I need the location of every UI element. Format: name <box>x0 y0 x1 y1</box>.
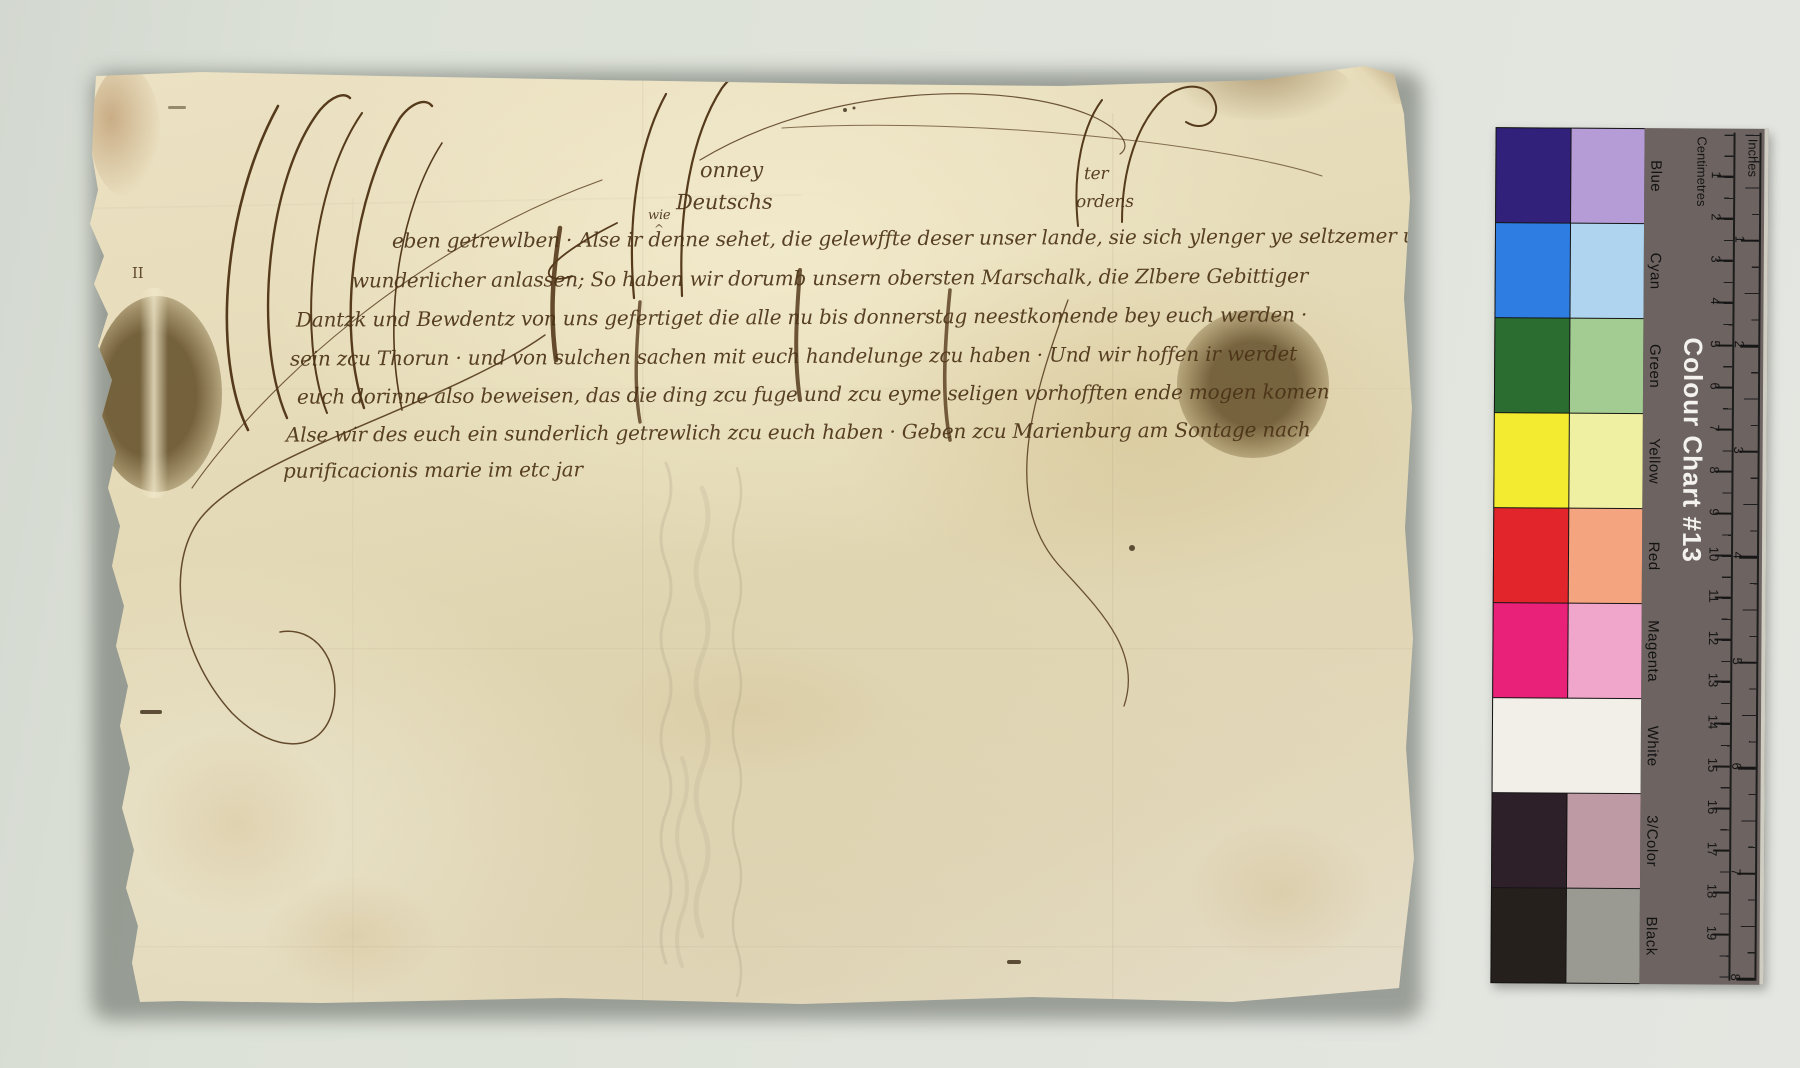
cm-number: 18 <box>1704 880 1719 902</box>
marginal-mark: II <box>132 264 144 282</box>
swatch-magenta-dark <box>1493 603 1567 697</box>
swatch-label: Cyan <box>1647 253 1664 290</box>
swatch-row-yellow <box>1494 413 1643 508</box>
swatch-black-light <box>1566 889 1640 983</box>
cm-number: 7 <box>1707 417 1722 439</box>
manuscript-line: wunderlicher anlassen; So haben wir doru… <box>352 263 1308 292</box>
swatch-label: Magenta <box>1644 620 1661 682</box>
verso-show-through <box>661 463 741 996</box>
colour-calibration-chart: BlueCyanGreenYellowRedMagentaWhite3/Colo… <box>1490 127 1768 985</box>
cm-number: 13 <box>1706 669 1721 691</box>
header-word: ordens <box>1076 192 1134 212</box>
swatch-green-light <box>1569 319 1643 413</box>
cm-number: 6 <box>1707 375 1722 397</box>
swatch-yellow-light <box>1569 414 1643 508</box>
swatch-label: Green <box>1646 344 1663 388</box>
inch-number: 3 <box>1731 439 1746 461</box>
swatch-green-dark <box>1495 318 1569 412</box>
swatch-row-black <box>1491 888 1640 983</box>
cm-number: 16 <box>1705 796 1720 818</box>
inch-number: 5 <box>1730 650 1745 672</box>
swatch-blue-dark <box>1496 128 1570 222</box>
chart-title: Colour Chart #13 <box>1675 240 1709 660</box>
swatch-row-white <box>1493 698 1642 793</box>
swatch-cyan-dark <box>1495 223 1569 317</box>
parchment-letter: II onney Deutschs ter ordens wie ^ eben … <box>82 58 1422 1008</box>
swatch-3color-light <box>1566 794 1640 888</box>
swatch-row-red <box>1494 508 1643 603</box>
inch-number: 4 <box>1730 544 1745 566</box>
manuscript-line: purificacionis marie im etc jar <box>283 457 583 483</box>
swatch-label: Red <box>1645 542 1662 571</box>
cm-number: 1 <box>1709 164 1724 186</box>
swatch-red-dark <box>1494 508 1568 602</box>
header-word: onney <box>700 158 763 182</box>
swatch-red-light <box>1568 509 1642 603</box>
swatch-label: Black <box>1643 916 1660 955</box>
cm-number: 8 <box>1707 459 1722 481</box>
swatch-grid <box>1490 127 1644 984</box>
inch-number: 1 <box>1732 228 1747 250</box>
swatch-row-magenta <box>1493 603 1642 698</box>
swatch-row-cyan <box>1495 223 1644 318</box>
swatch-row-blue <box>1496 128 1645 223</box>
cm-number: 11 <box>1706 585 1721 607</box>
inch-number: 2 <box>1732 333 1747 355</box>
swatch-blue-light <box>1571 129 1645 223</box>
swatch-cyan-light <box>1570 224 1644 318</box>
cm-number: 19 <box>1704 922 1719 944</box>
swatch-yellow-dark <box>1494 413 1568 507</box>
inch-number: 6 <box>1729 755 1744 777</box>
photo-scene: II onney Deutschs ter ordens wie ^ eben … <box>0 0 1800 1068</box>
header-word: ter <box>1084 164 1109 184</box>
header-word: Deutschs <box>676 190 773 215</box>
swatch-label: White <box>1644 725 1661 766</box>
cm-number: 5 <box>1708 332 1723 354</box>
cm-number: 14 <box>1705 711 1720 733</box>
swatch-label: Yellow <box>1645 438 1662 484</box>
swatch-magenta-light <box>1568 604 1642 698</box>
swatch-label: Blue <box>1647 161 1664 193</box>
swatch-label: 3/Color <box>1643 815 1660 867</box>
inch-number: 8 <box>1728 966 1743 988</box>
cm-number: 2 <box>1709 206 1724 228</box>
interline-insertion: wie <box>648 208 670 223</box>
centimetres-label: Centimetres <box>1694 136 1709 206</box>
swatch-3color-dark <box>1492 793 1566 887</box>
cm-number: 17 <box>1705 838 1720 860</box>
swatch-row-3color <box>1492 793 1641 888</box>
cm-number: 10 <box>1706 543 1721 565</box>
cm-number: 9 <box>1707 501 1722 523</box>
cm-number: 12 <box>1706 627 1721 649</box>
cm-number: 4 <box>1708 290 1723 312</box>
swatch-row-green <box>1495 318 1644 413</box>
swatch-white <box>1493 698 1642 793</box>
swatch-black-dark <box>1491 888 1565 982</box>
cm-number: 3 <box>1708 248 1723 270</box>
inch-number: 7 <box>1729 861 1744 883</box>
cm-number: 15 <box>1705 753 1720 775</box>
